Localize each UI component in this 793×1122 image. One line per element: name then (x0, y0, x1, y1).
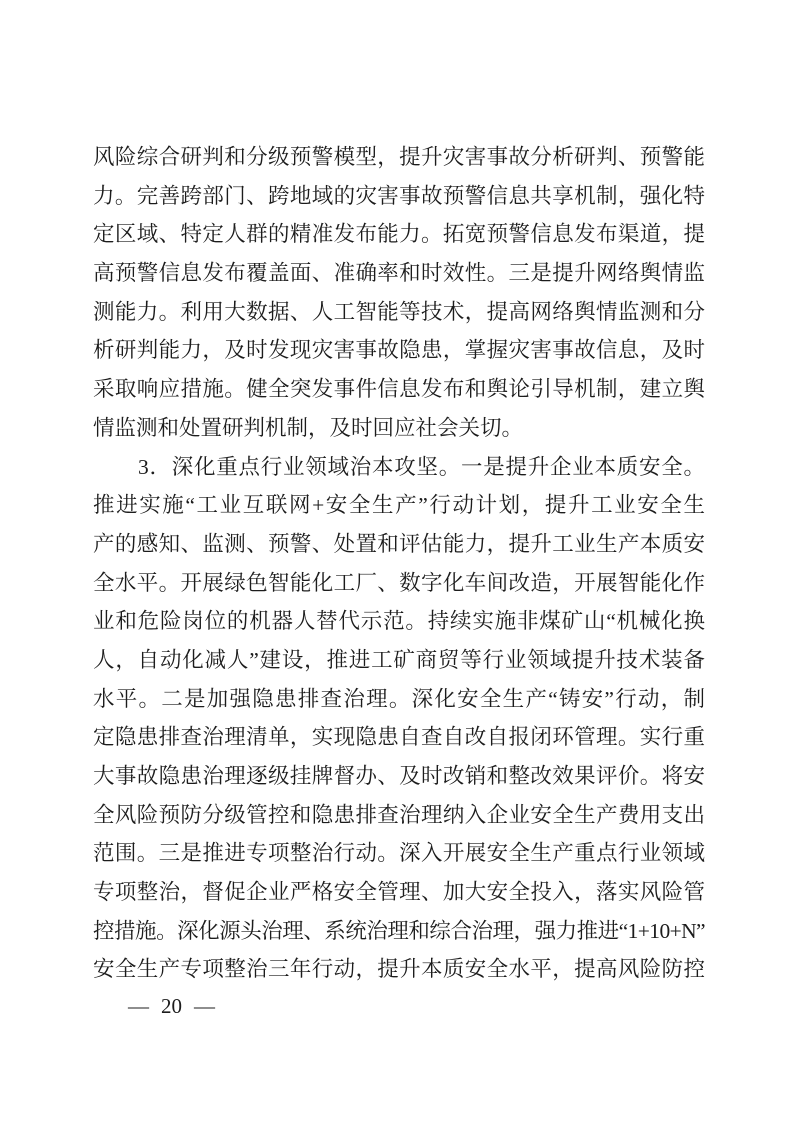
text-line: 全风险预防分级管控和隐患排查治理纳入企业安全生产费用支出 (93, 796, 705, 835)
text-line: 力。完善跨部门、跨地域的灾害事故预警信息共享机制，强化特 (93, 177, 705, 216)
text-line: 控措施。深化源头治理、系统治理和综合治理，强力推进“1+10+N” (93, 912, 705, 951)
text-line: 安全生产专项整治三年行动，提升本质安全水平，提高风险防控 (93, 950, 705, 989)
text-line: 水平。二是加强隐患排查治理。深化安全生产“铸安”行动，制 (93, 680, 705, 719)
text-line: 高预警信息发布覆盖面、准确率和时效性。三是提升网络舆情监 (93, 254, 705, 293)
page-number-footer: — 20 — (128, 994, 215, 1018)
body-text: 风险综合研判和分级预警模型，提升灾害事故分析研判、预警能 力。完善跨部门、跨地域… (93, 138, 705, 989)
text-line: 大事故隐患治理逐级挂牌督办、及时改销和整改效果评价。将安 (93, 757, 705, 796)
text-line: 产的感知、监测、预警、处置和评估能力，提升工业生产本质安 (93, 525, 705, 564)
text-line: 人，自动化减人”建设，推进工矿商贸等行业领域提升技术装备 (93, 641, 705, 680)
text-line: 全水平。开展绿色智能化工厂、数字化车间改造，开展智能化作 (93, 564, 705, 603)
text-line: 范围。三是推进专项整治行动。深入开展安全生产重点行业领域 (93, 834, 705, 873)
paragraph-first-line: 3．深化重点行业领域治本攻坚。一是提升企业本质安全。 (93, 448, 705, 487)
text-line: 采取响应措施。健全突发事件信息发布和舆论引导机制，建立舆 (93, 370, 705, 409)
text-line: 析研判能力，及时发现灾害事故隐患，掌握灾害事故信息，及时 (93, 331, 705, 370)
text-line: 推进实施“工业互联网+安全生产”行动计划，提升工业安全生 (93, 486, 705, 525)
text-line: 定区域、特定人群的精准发布能力。拓宽预警信息发布渠道，提 (93, 215, 705, 254)
text-line: 业和危险岗位的机器人替代示范。持续实施非煤矿山“机械化换 (93, 602, 705, 641)
page-number: 20 (161, 994, 182, 1018)
document-page: 风险综合研判和分级预警模型，提升灾害事故分析研判、预警能 力。完善跨部门、跨地域… (0, 0, 793, 1122)
text-line: 专项整治，督促企业严格安全管理、加大安全投入，落实风险管 (93, 873, 705, 912)
text-line: 风险综合研判和分级预警模型，提升灾害事故分析研判、预警能 (93, 138, 705, 177)
text-line: 定隐患排查治理清单，实现隐患自查自改自报闭环管理。实行重 (93, 718, 705, 757)
paragraph-last-line: 情监测和处置研判机制，及时回应社会关切。 (93, 409, 705, 448)
footer-dash-left: — (128, 994, 149, 1018)
text-line: 测能力。利用大数据、人工智能等技术，提高网络舆情监测和分 (93, 293, 705, 332)
footer-dash-right: — (194, 994, 215, 1018)
